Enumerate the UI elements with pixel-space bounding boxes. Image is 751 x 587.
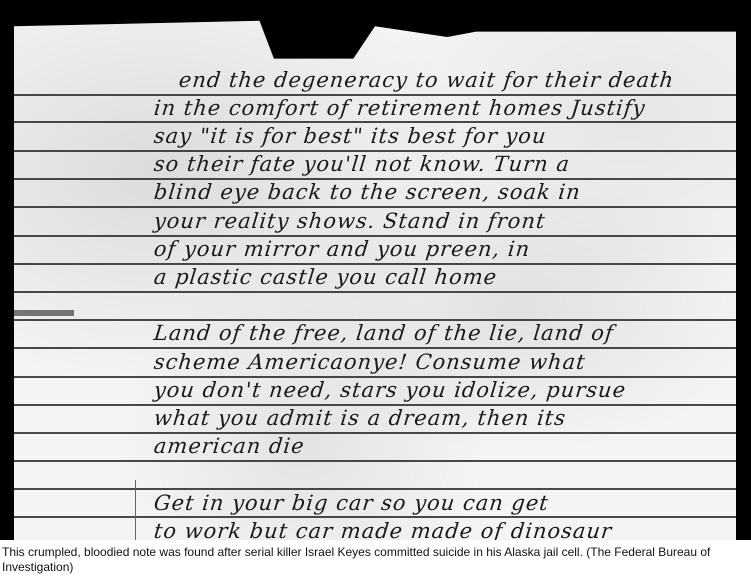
blood-stain [14, 310, 74, 316]
note-line: so their fate you'll not know. Turn a [153, 152, 736, 176]
note-line: you don't need, stars you idolize, pursu… [153, 378, 736, 402]
note-line: scheme Americaonye! Consume what [153, 350, 736, 374]
ruled-line [14, 206, 736, 208]
note-line: your reality shows. Stand in front [153, 209, 736, 233]
ruled-line [14, 291, 736, 293]
note-line: american die [153, 434, 736, 458]
note-line: Get in your big car so you can get [153, 491, 736, 515]
note-line: Land of the free, land of the lie, land … [153, 321, 736, 345]
note-line: what you admit is a dream, then its [153, 406, 736, 430]
note-line: blind eye back to the screen, soak in [153, 180, 736, 204]
ruled-line [14, 516, 736, 518]
note-photo: end the degeneracy to wait for their dea… [0, 0, 751, 540]
caption-text: This crumpled, bloodied note was found a… [2, 545, 583, 559]
ruled-line [14, 460, 736, 462]
ruled-line [14, 121, 736, 123]
margin-line [135, 480, 136, 540]
lined-paper: end the degeneracy to wait for their dea… [14, 10, 736, 540]
photo-caption: This crumpled, bloodied note was found a… [2, 545, 749, 575]
note-line: say "it is for best" its best for you [153, 124, 736, 148]
note-line: of your mirror and you preen, in [153, 237, 736, 261]
note-line: to work but car made made of dinosaur [153, 519, 736, 540]
note-line: end the degeneracy to wait for their dea… [178, 68, 751, 92]
note-line: a plastic castle you call home [153, 265, 736, 289]
ruled-line [14, 488, 736, 490]
note-line: in the comfort of retirement homes Justi… [153, 96, 736, 120]
ruled-line [14, 347, 736, 349]
